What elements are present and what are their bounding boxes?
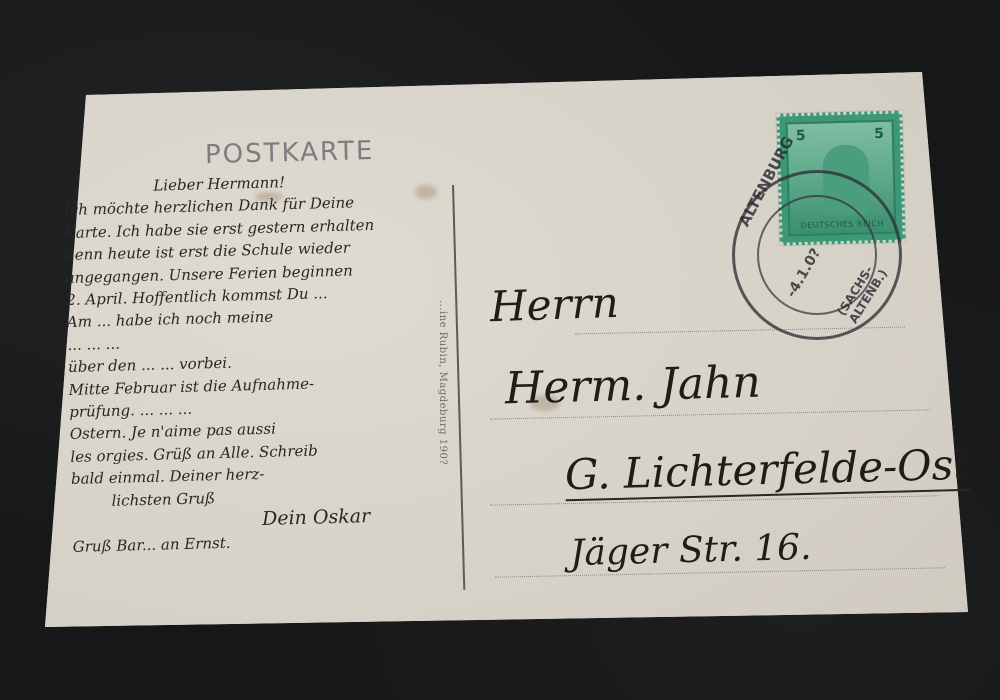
card-divider-line — [452, 185, 465, 590]
address-street: Jäger Str. 16. — [570, 527, 812, 574]
stamp-value: 5 — [874, 126, 884, 142]
address-city: G. Lichterfelde-Ost — [564, 440, 970, 502]
handwritten-message: Lieber Hermann! Ich möchte herzlichen Da… — [63, 167, 453, 558]
address-name: Herm. Jahn — [504, 357, 761, 415]
address-salutation: Herrn — [489, 278, 619, 331]
postcard-content: POSTKARTE ...ine Rubin, Magdeburg 190? L… — [0, 0, 1000, 700]
postcard-title: POSTKARTE — [205, 136, 375, 170]
postmark-cancellation: ALTENBURG -4.1.0? (SACHS-ALTENB.) — [732, 170, 902, 340]
